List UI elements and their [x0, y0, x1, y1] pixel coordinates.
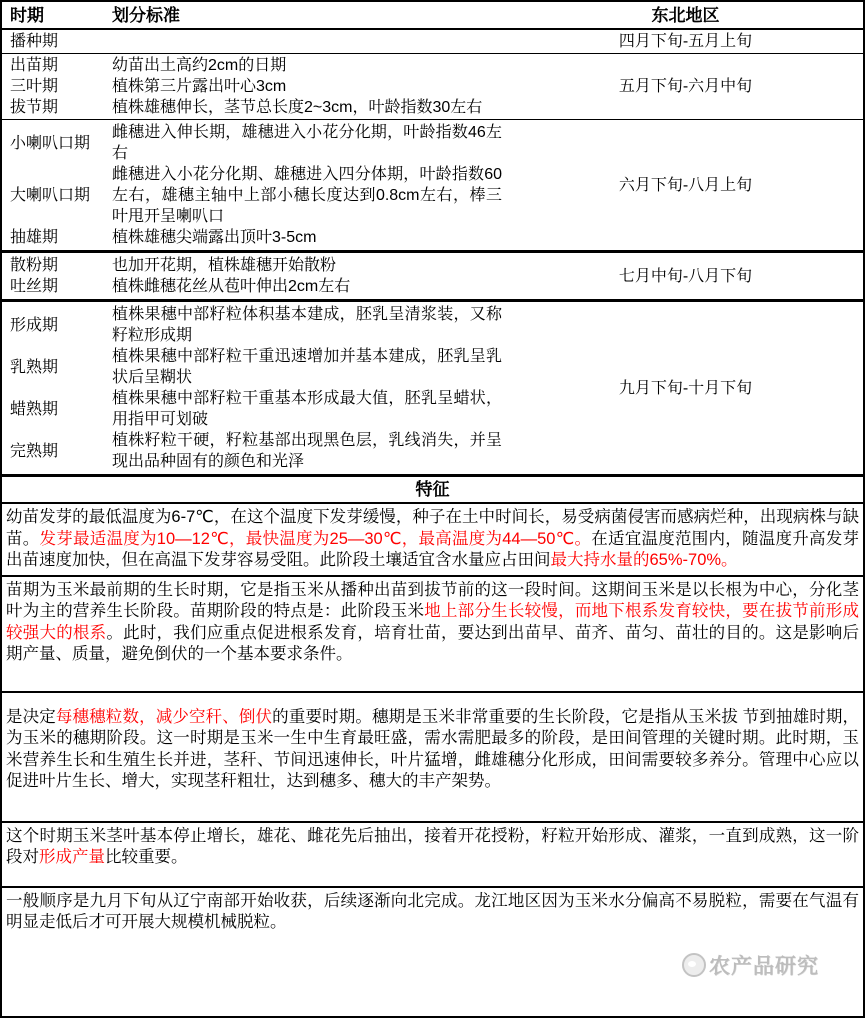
period-cell: 完熟期 [2, 430, 112, 472]
header-standard: 划分标准 [112, 5, 508, 26]
stage-group-left: 播种期 [2, 31, 508, 52]
table-row: 出苗期幼苗出土高约2cm的日期 [2, 55, 508, 76]
stage-group: 播种期四月下旬-五月上旬 [2, 30, 863, 54]
table-row: 大喇叭口期雌穗进入小花分化期、雄穗进入四分体期，叶龄指数60左右，雄穗主轴中上部… [2, 164, 508, 227]
period-cell: 出苗期 [2, 55, 112, 76]
table-row: 小喇叭口期雌穗进入伸长期，雄穗进入小花分化期，叶龄指数46左右 [2, 122, 508, 164]
region-cell: 九月下旬-十月下旬 [508, 304, 863, 472]
stage-group: 小喇叭口期雌穗进入伸长期，雄穗进入小花分化期，叶龄指数46左右大喇叭口期雌穗进入… [2, 120, 863, 253]
standard-cell: 植株果穗中部籽粒干重迅速增加并基本建成，胚乳呈乳状后呈糊状 [112, 346, 508, 388]
region-cell: 五月下旬-六月中旬 [508, 55, 863, 118]
body-text: 。此时，我们应重点促进根系发育，培育壮苗，要达到出苗早、苗齐、苗匀、苗壮的目的。… [6, 624, 859, 664]
feature-paragraph: 幼苗发芽的最低温度为6-7℃，在这个温度下发芽缓慢，种子在土中时间长，易受病菌侵… [2, 504, 863, 577]
stage-group-left: 出苗期幼苗出土高约2cm的日期三叶期植株第三片露出叶心3cm拔节期植株雄穗伸长，… [2, 55, 508, 118]
table-row: 三叶期植株第三片露出叶心3cm [2, 76, 508, 97]
section-header-features: 特征 [2, 477, 863, 504]
region-cell: 七月中旬-八月下旬 [508, 255, 863, 297]
period-cell: 小喇叭口期 [2, 122, 112, 164]
standard-cell: 幼苗出土高约2cm的日期 [112, 55, 508, 76]
period-cell: 拔节期 [2, 97, 112, 118]
stage-group-left: 散粉期也加开花期，植株雄穗开始散粉吐丝期植株雌穗花丝从苞叶伸出2cm左右 [2, 255, 508, 297]
stage-group-left: 形成期植株果穗中部籽粒体积基本建成，胚乳呈清浆装，又称籽粒形成期乳熟期植株果穗中… [2, 304, 508, 472]
standard-cell: 植株果穗中部籽粒体积基本建成，胚乳呈清浆装，又称籽粒形成期 [112, 304, 508, 346]
period-cell: 播种期 [2, 31, 112, 52]
period-cell: 散粉期 [2, 255, 112, 276]
period-cell: 大喇叭口期 [2, 164, 112, 227]
highlighted-text: 发芽最适温度为10—12℃，最快温度为25—30℃，最高温度为44—50℃。 [40, 530, 592, 548]
table-row: 形成期植株果穗中部籽粒体积基本建成，胚乳呈清浆装，又称籽粒形成期 [2, 304, 508, 346]
table-row: 蜡熟期植株果穗中部籽粒干重基本形成最大值，胚乳呈蜡状，用指甲可划破 [2, 388, 508, 430]
table-row: 拔节期植株雄穗伸长，茎节总长度2~3cm，叶龄指数30左右 [2, 97, 508, 118]
standard-cell: 雌穗进入小花分化期、雄穗进入四分体期，叶龄指数60左右，雄穗主轴中上部小穗长度达… [112, 164, 508, 227]
highlighted-text: 形成产量 [39, 848, 105, 866]
table-row: 吐丝期植株雌穗花丝从苞叶伸出2cm左右 [2, 276, 508, 297]
body-text: 是决定 [6, 708, 56, 726]
body-text: 一般顺序是九月下旬从辽宁南部开始收获，后续逐渐向北完成。龙江地区因为玉米水分偏高… [6, 892, 859, 932]
stage-group: 出苗期幼苗出土高约2cm的日期三叶期植株第三片露出叶心3cm拔节期植株雄穗伸长，… [2, 54, 863, 120]
standard-cell: 植株雄穗尖端露出顶叶3-5cm [112, 227, 508, 248]
period-cell: 吐丝期 [2, 276, 112, 297]
standard-cell: 也加开花期，植株雄穗开始散粉 [112, 255, 508, 276]
period-cell: 形成期 [2, 304, 112, 346]
table-row: 乳熟期植株果穗中部籽粒干重迅速增加并基本建成，胚乳呈乳状后呈糊状 [2, 346, 508, 388]
table-row: 散粉期也加开花期，植株雄穗开始散粉 [2, 255, 508, 276]
region-cell: 四月下旬-五月上旬 [508, 31, 863, 52]
header-period: 时期 [2, 5, 112, 26]
highlighted-text: 每穗穗粒数，减少空秆、倒伏 [56, 708, 272, 726]
standard-cell: 植株雄穗伸长，茎节总长度2~3cm，叶龄指数30左右 [112, 97, 508, 118]
growth-stage-table: 时期 划分标准 东北地区 播种期四月下旬-五月上旬出苗期幼苗出土高约2cm的日期… [0, 0, 865, 1018]
period-cell: 抽雄期 [2, 227, 112, 248]
feature-paragraph: 一般顺序是九月下旬从辽宁南部开始收获，后续逐渐向北完成。龙江地区因为玉米水分偏高… [2, 888, 863, 940]
period-cell: 乳熟期 [2, 346, 112, 388]
table-header-row: 时期 划分标准 东北地区 [2, 2, 863, 30]
stage-group: 散粉期也加开花期，植株雄穗开始散粉吐丝期植株雌穗花丝从苞叶伸出2cm左右七月中旬… [2, 253, 863, 302]
stage-group: 形成期植株果穗中部籽粒体积基本建成，胚乳呈清浆装，又称籽粒形成期乳熟期植株果穗中… [2, 302, 863, 477]
standard-cell [112, 31, 508, 52]
feature-paragraph: 这个时期玉米茎叶基本停止增长，雄花、雌花先后抽出，接着开花授粉，籽粒开始形成、灌… [2, 823, 863, 888]
standard-cell: 植株第三片露出叶心3cm [112, 76, 508, 97]
body-text: 比较重要。 [105, 848, 188, 866]
feature-paragraph: 苗期为玉米最前期的生长时期，它是指玉米从播种出苗到拔节前的这一段时间。这期间玉米… [2, 577, 863, 693]
header-region: 东北地区 [508, 5, 863, 26]
stage-group-left: 小喇叭口期雌穗进入伸长期，雄穗进入小花分化期，叶龄指数46左右大喇叭口期雌穗进入… [2, 122, 508, 248]
highlighted-text: 最大持水量的65%-70%。 [551, 551, 738, 569]
features-section: 幼苗发芽的最低温度为6-7℃，在这个温度下发芽缓慢，种子在土中时间长，易受病菌侵… [2, 504, 863, 940]
feature-paragraph: 是决定每穗穗粒数，减少空秆、倒伏的重要时期。穗期是玉米非常重要的生长阶段，它是指… [2, 693, 863, 823]
region-cell: 六月下旬-八月上旬 [508, 122, 863, 248]
table-row: 抽雄期植株雄穗尖端露出顶叶3-5cm [2, 227, 508, 248]
table-body: 播种期四月下旬-五月上旬出苗期幼苗出土高约2cm的日期三叶期植株第三片露出叶心3… [2, 30, 863, 477]
period-cell: 蜡熟期 [2, 388, 112, 430]
standard-cell: 雌穗进入伸长期，雄穗进入小花分化期，叶龄指数46左右 [112, 122, 508, 164]
standard-cell: 植株雌穗花丝从苞叶伸出2cm左右 [112, 276, 508, 297]
period-cell: 三叶期 [2, 76, 112, 97]
table-row: 完熟期植株籽粒干硬，籽粒基部出现黑色层，乳线消失，并呈现出品种固有的颜色和光泽 [2, 430, 508, 472]
table-row: 播种期 [2, 31, 508, 52]
standard-cell: 植株籽粒干硬，籽粒基部出现黑色层，乳线消失，并呈现出品种固有的颜色和光泽 [112, 430, 508, 472]
standard-cell: 植株果穗中部籽粒干重基本形成最大值，胚乳呈蜡状，用指甲可划破 [112, 388, 508, 430]
